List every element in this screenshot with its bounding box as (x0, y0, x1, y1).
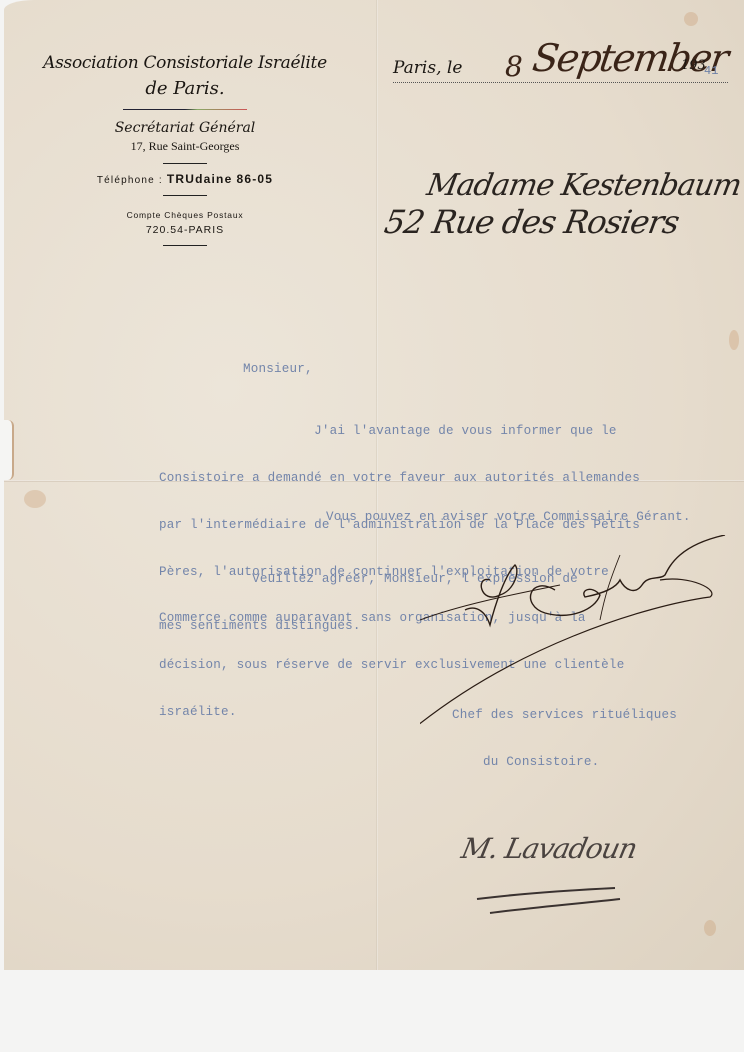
date-prefix: Paris, le (393, 58, 462, 78)
date-day: 8 (505, 50, 523, 83)
salutation: Monsieur, (243, 362, 313, 378)
paper-tear (0, 420, 14, 480)
divider (163, 163, 207, 164)
handwritten-annotation: M. Lavadoun (458, 832, 639, 865)
recipient: Madame Kestenbaum 52 Rue des Rosiers (382, 168, 744, 241)
divider (123, 109, 247, 110)
organization-name: Association Consistoriale Israélite (40, 52, 330, 74)
body-line: Consistoire a demandé en votre faveur au… (159, 471, 640, 487)
title-line: du Consistoire. (452, 755, 677, 771)
divider (163, 245, 207, 246)
body-line: J'ai l'avantage de vous informer que le (159, 424, 640, 440)
postal-account-label: Compte Chèques Postaux (40, 210, 330, 220)
address: 17, Rue Saint-Georges (40, 139, 330, 154)
stain (684, 12, 698, 26)
stain (729, 330, 739, 350)
telephone-exchange: TRUdaine (167, 172, 233, 186)
stain (24, 490, 46, 508)
signatory-title: Chef des services rituéliques du Consist… (452, 677, 677, 786)
date-year-printed: 193 (681, 58, 706, 73)
telephone: Téléphone : TRUdaine 86-05 (40, 172, 330, 186)
stain (704, 920, 716, 936)
title-line: Chef des services rituéliques (452, 708, 677, 724)
double-underline-icon (475, 885, 625, 915)
letterhead: Association Consistoriale Israélite de P… (40, 52, 330, 246)
postal-account-number: 720.54-PARIS (40, 224, 330, 236)
telephone-label: Téléphone : (97, 175, 163, 186)
telephone-number: 86-05 (236, 172, 273, 186)
paragraph-2: Vous pouvez en aviser votre Commissaire … (326, 510, 691, 526)
recipient-name: Madame Kestenbaum (388, 168, 743, 203)
organization-city: de Paris. (40, 78, 330, 99)
department: Secrétariat Général (40, 120, 330, 136)
divider (163, 195, 207, 196)
recipient-address: 52 Rue des Rosiers (382, 203, 738, 241)
date-year-typed: 41 (704, 64, 718, 78)
dateline: Paris, le 8 September 193 41 (393, 58, 728, 83)
